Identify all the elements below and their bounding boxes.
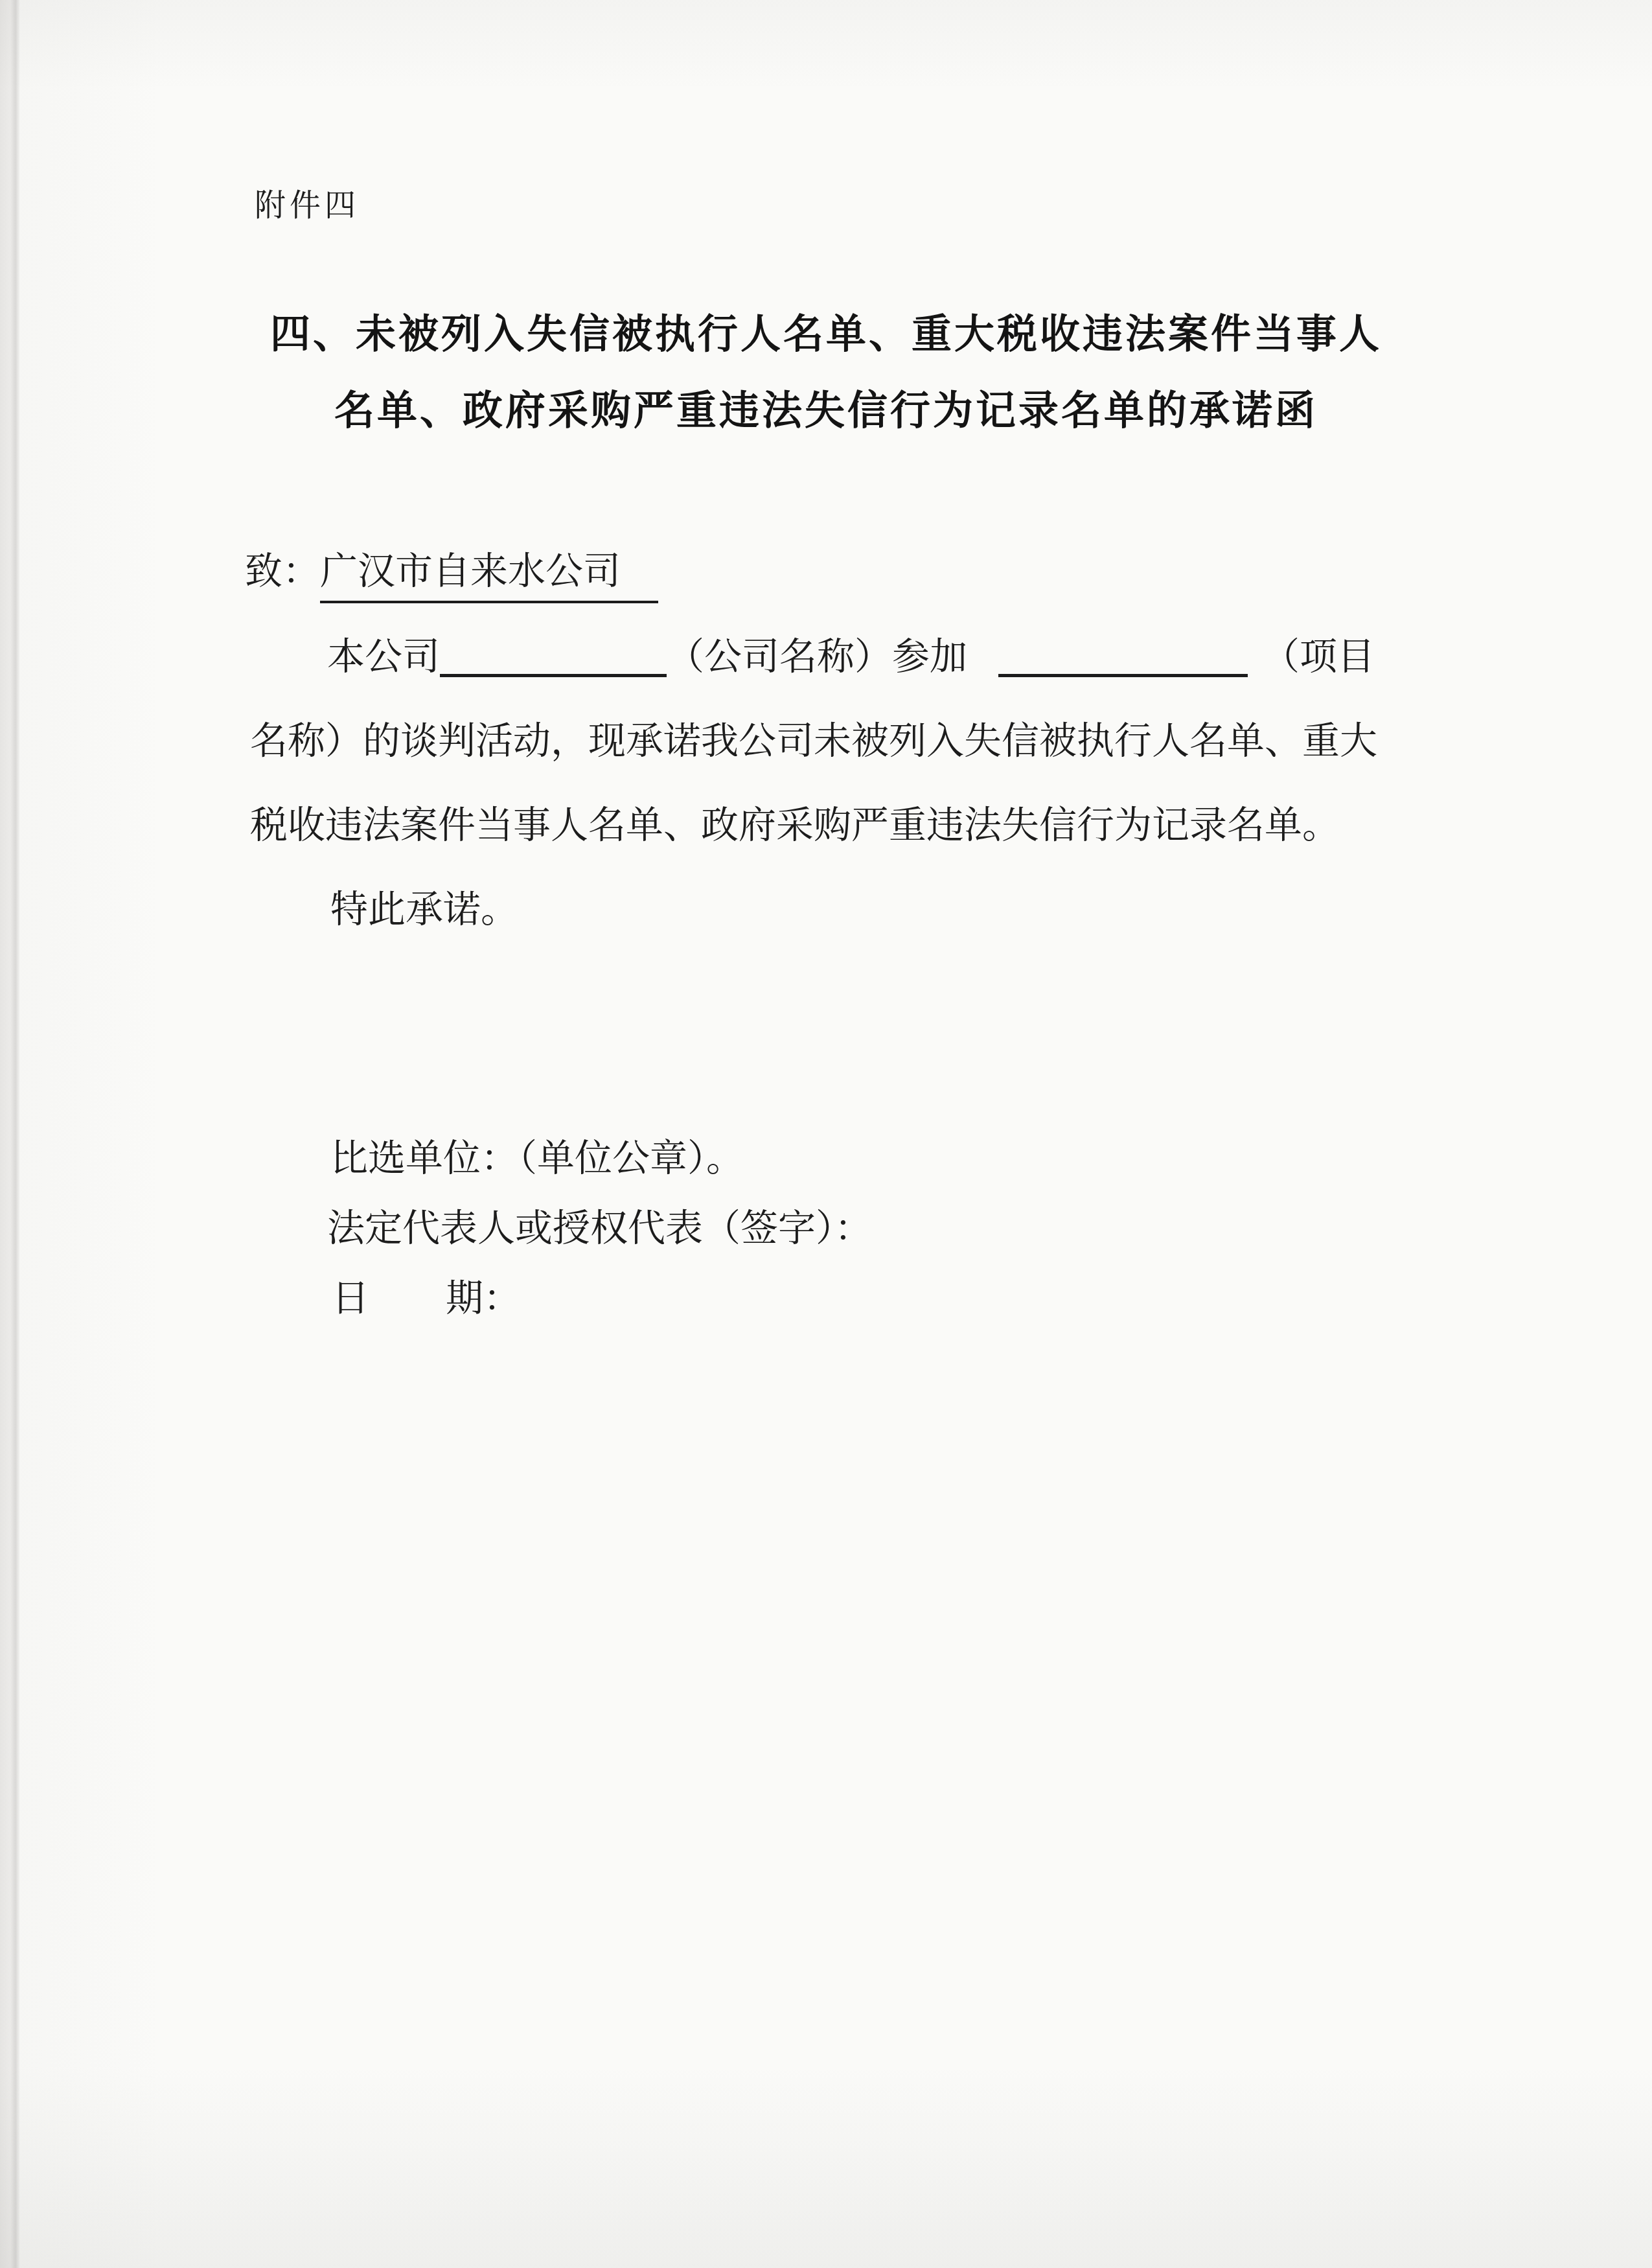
attachment-label: 附件四 bbox=[255, 187, 360, 226]
document-title-line1: 四、未被列入失信被执行人名单、重大税收违法案件当事人 bbox=[0, 302, 1652, 360]
body-line1-seg1: 本公司 bbox=[327, 636, 440, 678]
body-line1-seg2: （公司名称）参加 bbox=[667, 636, 967, 678]
project-name-blank bbox=[998, 640, 1248, 677]
body-line-1: 本公司（公司名称）参加（项目 bbox=[327, 634, 1375, 681]
signature-date-line: 日期： bbox=[332, 1275, 521, 1323]
signature-representative-line: 法定代表人或授权代表（签字）： bbox=[327, 1205, 872, 1253]
salutation-label: 致： bbox=[245, 550, 320, 592]
company-name-blank bbox=[440, 640, 667, 677]
body-line1-seg3: （项目 bbox=[1262, 636, 1375, 678]
body-line-2: 名称）的谈判活动，现承诺我公司未被列入失信被执行人名单、重大 bbox=[250, 718, 1377, 765]
date-label-right: 期： bbox=[446, 1277, 521, 1319]
closing-statement: 特此承诺。 bbox=[330, 886, 518, 934]
document-title-line2: 名单、政府采购严重违法失信行为记录名单的承诺函 bbox=[0, 378, 1652, 436]
recipient-name: 广汉市自来水公司 bbox=[320, 548, 658, 603]
date-label-left: 日 bbox=[332, 1277, 369, 1319]
signature-unit-line: 比选单位：（单位公章）。 bbox=[330, 1135, 744, 1183]
salutation-line: 致：广汉市自来水公司 bbox=[245, 548, 658, 603]
body-line-3: 税收违法案件当事人名单、政府采购严重违法失信行为记录名单。 bbox=[250, 802, 1340, 850]
